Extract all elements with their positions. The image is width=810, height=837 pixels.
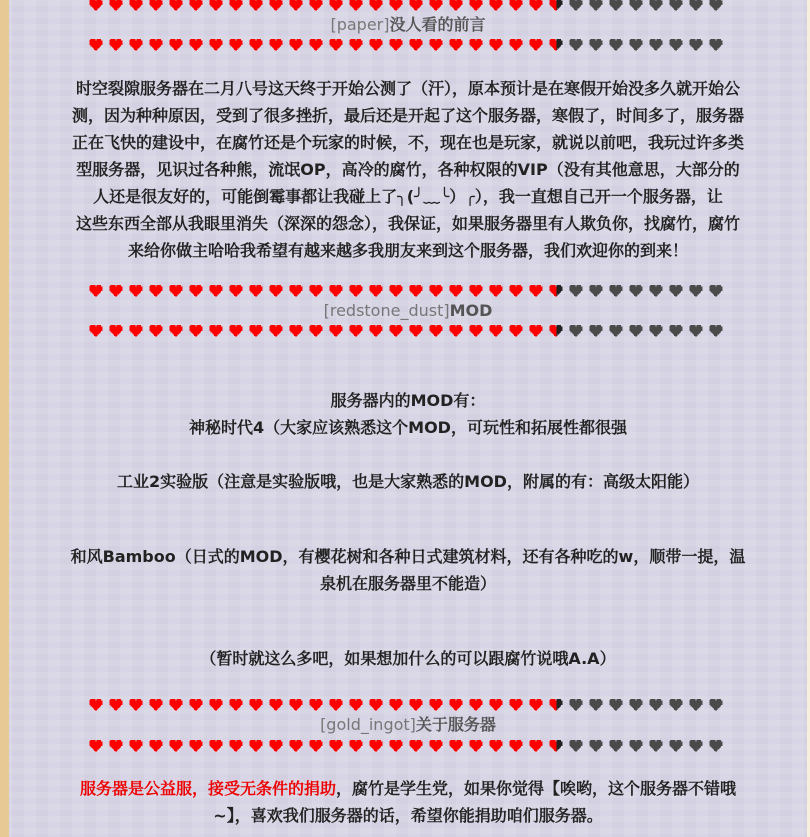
full-heart-icon (129, 0, 144, 11)
full-heart-icon (169, 38, 184, 51)
text-line: 测，因为种种原因，受到了很多挫折，最后还是开起了这个服务器，寒假了，时间多了，服… (27, 102, 789, 129)
full-heart-icon (89, 284, 104, 297)
full-heart-icon (369, 0, 384, 11)
empty-heart-icon (649, 739, 664, 752)
full-heart-icon (129, 38, 144, 51)
full-heart-icon (449, 38, 464, 51)
full-heart-icon (529, 739, 544, 752)
full-heart-icon (89, 739, 104, 752)
full-heart-icon (469, 38, 484, 51)
full-heart-icon (149, 739, 164, 752)
full-heart-icon (109, 698, 124, 711)
text-line: 来给你做主哈哈我希望有越来越多我朋友来到这个服务器，我们欢迎你的到来！ (27, 237, 789, 264)
text-line: 泉机在服务器里不能造） (27, 570, 789, 597)
empty-heart-icon (709, 0, 724, 11)
full-heart-icon (329, 739, 344, 752)
full-heart-icon (349, 324, 364, 337)
empty-heart-icon (689, 38, 704, 51)
full-heart-icon (329, 698, 344, 711)
empty-heart-icon (669, 38, 684, 51)
full-heart-icon (249, 698, 264, 711)
full-heart-icon (529, 38, 544, 51)
text-line: 时空裂隙服务器在二月八号这天终于开始公测了（汗），原本预计是在寒假开始没多久就开… (27, 75, 789, 102)
empty-heart-icon (629, 0, 644, 11)
empty-heart-icon (669, 284, 684, 297)
half-heart-icon (549, 284, 564, 297)
full-heart-icon (169, 0, 184, 11)
full-heart-icon (429, 739, 444, 752)
heart-bar (89, 0, 724, 14)
full-heart-icon (389, 0, 404, 11)
full-heart-icon (529, 0, 544, 11)
full-heart-icon (509, 698, 524, 711)
mod-note: （暂时就这么多吧，如果想加什么的可以跟腐竹说哦A.A） (27, 645, 789, 672)
full-heart-icon (429, 698, 444, 711)
full-heart-icon (249, 324, 264, 337)
full-heart-icon (329, 284, 344, 297)
full-heart-icon (409, 324, 424, 337)
full-heart-icon (409, 0, 424, 11)
full-heart-icon (109, 324, 124, 337)
full-heart-icon (169, 739, 184, 752)
heart-bar (89, 284, 724, 300)
full-heart-icon (229, 38, 244, 51)
gold-ingot-item-tag: [gold_ingot] (320, 715, 416, 734)
paper-item-tag: [paper] (330, 15, 389, 34)
empty-heart-icon (609, 698, 624, 711)
empty-heart-icon (689, 0, 704, 11)
full-heart-icon (369, 284, 384, 297)
full-heart-icon (509, 0, 524, 11)
full-heart-icon (189, 284, 204, 297)
full-heart-icon (149, 698, 164, 711)
full-heart-icon (189, 324, 204, 337)
full-heart-icon (209, 284, 224, 297)
empty-heart-icon (709, 38, 724, 51)
full-heart-icon (149, 324, 164, 337)
mod-item-thaumcraft: 神秘时代4（大家应该熟悉这个MOD，可玩性和拓展性都很强 (27, 414, 789, 441)
text-line: 这些东西全部从我眼里消失（深深的怨念），我保证，如果服务器里有人欺负你，找腐竹，… (27, 210, 789, 237)
full-heart-icon (529, 324, 544, 337)
full-heart-icon (229, 739, 244, 752)
highlight-donation: 接受无条件的捐助 (208, 779, 336, 798)
empty-heart-icon (709, 324, 724, 337)
full-heart-icon (209, 739, 224, 752)
full-heart-icon (229, 284, 244, 297)
full-heart-icon (269, 284, 284, 297)
full-heart-icon (349, 698, 364, 711)
full-heart-icon (189, 739, 204, 752)
half-heart-icon (549, 739, 564, 752)
half-heart-icon (549, 0, 564, 11)
full-heart-icon (509, 739, 524, 752)
full-heart-icon (89, 324, 104, 337)
full-heart-icon (469, 284, 484, 297)
full-heart-icon (489, 739, 504, 752)
full-heart-icon (449, 324, 464, 337)
full-heart-icon (269, 324, 284, 337)
empty-heart-icon (709, 698, 724, 711)
full-heart-icon (529, 284, 544, 297)
full-heart-icon (389, 284, 404, 297)
highlight-public-server: 服务器是公益服， (80, 779, 208, 798)
text-line: ~】，喜欢我们服务器的话，希望你能捐助咱们服务器。 (27, 802, 789, 829)
full-heart-icon (289, 0, 304, 11)
heart-bar (89, 38, 724, 54)
full-heart-icon (369, 739, 384, 752)
empty-heart-icon (589, 0, 604, 11)
full-heart-icon (489, 38, 504, 51)
empty-heart-icon (609, 0, 624, 11)
full-heart-icon (189, 0, 204, 11)
empty-heart-icon (689, 698, 704, 711)
text-span: ，腐竹是学生党，如果你觉得【唉哟，这个服务器不错哦 (336, 779, 736, 798)
full-heart-icon (129, 284, 144, 297)
full-heart-icon (149, 38, 164, 51)
full-heart-icon (429, 38, 444, 51)
preface-paragraph: 时空裂隙服务器在二月八号这天终于开始公测了（汗），原本预计是在寒假开始没多久就开… (27, 75, 789, 264)
half-heart-icon (549, 38, 564, 51)
full-heart-icon (289, 739, 304, 752)
heart-bar (89, 739, 724, 755)
full-heart-icon (389, 38, 404, 51)
full-heart-icon (189, 698, 204, 711)
full-heart-icon (89, 38, 104, 51)
full-heart-icon (329, 38, 344, 51)
full-heart-icon (469, 324, 484, 337)
full-heart-icon (429, 284, 444, 297)
full-heart-icon (489, 324, 504, 337)
full-heart-icon (389, 698, 404, 711)
empty-heart-icon (609, 284, 624, 297)
full-heart-icon (309, 0, 324, 11)
full-heart-icon (249, 0, 264, 11)
full-heart-icon (409, 38, 424, 51)
full-heart-icon (129, 739, 144, 752)
empty-heart-icon (709, 739, 724, 752)
full-heart-icon (129, 324, 144, 337)
full-heart-icon (309, 739, 324, 752)
empty-heart-icon (649, 0, 664, 11)
empty-heart-icon (649, 38, 664, 51)
mod-item-ic2: 工业2实验版（注意是实验版哦，也是大家熟悉的MOD，附属的有：高级太阳能） (27, 468, 789, 495)
full-heart-icon (309, 698, 324, 711)
about-paragraph: 服务器是公益服，接受无条件的捐助，腐竹是学生党，如果你觉得【唉哟，这个服务器不错… (27, 775, 789, 829)
empty-heart-icon (569, 739, 584, 752)
empty-heart-icon (629, 698, 644, 711)
empty-heart-icon (589, 324, 604, 337)
full-heart-icon (289, 284, 304, 297)
empty-heart-icon (689, 284, 704, 297)
empty-heart-icon (649, 284, 664, 297)
empty-heart-icon (669, 698, 684, 711)
section-name: 没人看的前言 (390, 15, 486, 34)
empty-heart-icon (669, 739, 684, 752)
left-border-strip (0, 0, 9, 837)
full-heart-icon (449, 698, 464, 711)
full-heart-icon (389, 739, 404, 752)
empty-heart-icon (589, 698, 604, 711)
full-heart-icon (329, 0, 344, 11)
full-heart-icon (309, 38, 324, 51)
empty-heart-icon (669, 324, 684, 337)
post-content: [paper]没人看的前言 时空裂隙服务器在二月八号这天终于开始公测了（汗），原… (9, 0, 807, 837)
full-heart-icon (229, 698, 244, 711)
section-name: 关于服务器 (416, 715, 496, 734)
full-heart-icon (209, 698, 224, 711)
full-heart-icon (369, 324, 384, 337)
empty-heart-icon (609, 739, 624, 752)
full-heart-icon (269, 38, 284, 51)
full-heart-icon (469, 0, 484, 11)
empty-heart-icon (689, 739, 704, 752)
half-heart-icon (549, 324, 564, 337)
redstone-item-tag: [redstone_dust] (324, 301, 450, 320)
empty-heart-icon (709, 284, 724, 297)
full-heart-icon (109, 739, 124, 752)
section-title-about: [gold_ingot]关于服务器 (9, 715, 807, 735)
full-heart-icon (369, 698, 384, 711)
full-heart-icon (509, 284, 524, 297)
section-title-mod: [redstone_dust]MOD (9, 301, 807, 321)
full-heart-icon (489, 698, 504, 711)
full-heart-icon (249, 38, 264, 51)
full-heart-icon (249, 739, 264, 752)
full-heart-icon (229, 0, 244, 11)
empty-heart-icon (589, 739, 604, 752)
empty-heart-icon (629, 739, 644, 752)
full-heart-icon (349, 38, 364, 51)
full-heart-icon (149, 284, 164, 297)
mod-item-bamboo: 和风Bamboo（日式的MOD，有樱花树和各种日式建筑材料，还有各种吃的w，顺带… (27, 543, 789, 597)
full-heart-icon (329, 324, 344, 337)
full-heart-icon (349, 0, 364, 11)
text-line: 服务器是公益服，接受无条件的捐助，腐竹是学生党，如果你觉得【唉哟，这个服务器不错… (27, 775, 789, 802)
empty-heart-icon (569, 0, 584, 11)
full-heart-icon (349, 284, 364, 297)
full-heart-icon (489, 0, 504, 11)
full-heart-icon (389, 324, 404, 337)
full-heart-icon (529, 698, 544, 711)
empty-heart-icon (649, 698, 664, 711)
full-heart-icon (169, 698, 184, 711)
full-heart-icon (289, 38, 304, 51)
full-heart-icon (109, 38, 124, 51)
empty-heart-icon (589, 38, 604, 51)
full-heart-icon (229, 324, 244, 337)
full-heart-icon (409, 739, 424, 752)
full-heart-icon (349, 739, 364, 752)
full-heart-icon (269, 739, 284, 752)
full-heart-icon (209, 324, 224, 337)
text-line: 和风Bamboo（日式的MOD，有樱花树和各种日式建筑材料，还有各种吃的w，顺带… (27, 543, 789, 570)
full-heart-icon (89, 0, 104, 11)
full-heart-icon (89, 698, 104, 711)
empty-heart-icon (569, 698, 584, 711)
full-heart-icon (209, 0, 224, 11)
full-heart-icon (109, 0, 124, 11)
full-heart-icon (289, 324, 304, 337)
heart-bar (89, 324, 724, 340)
half-heart-icon (549, 698, 564, 711)
full-heart-icon (309, 324, 324, 337)
full-heart-icon (189, 38, 204, 51)
text-line: 人还是很友好的，可能倒霉事都让我碰上了╮(╯﹏╰）╭），我一直想自己开一个服务器… (27, 183, 789, 210)
heart-bar (89, 698, 724, 714)
full-heart-icon (149, 0, 164, 11)
mod-intro: 服务器内的MOD有： (27, 387, 789, 414)
empty-heart-icon (649, 324, 664, 337)
full-heart-icon (209, 38, 224, 51)
section-title-preface: [paper]没人看的前言 (9, 15, 807, 35)
empty-heart-icon (569, 324, 584, 337)
full-heart-icon (249, 284, 264, 297)
full-heart-icon (469, 739, 484, 752)
empty-heart-icon (609, 38, 624, 51)
full-heart-icon (269, 0, 284, 11)
full-heart-icon (109, 284, 124, 297)
text-line: 型服务器，见识过各种熊，流氓OP，高冷的腐竹，各种权限的VIP（没有其他意思，大… (27, 156, 789, 183)
full-heart-icon (409, 284, 424, 297)
full-heart-icon (509, 38, 524, 51)
full-heart-icon (469, 698, 484, 711)
full-heart-icon (309, 284, 324, 297)
full-heart-icon (509, 324, 524, 337)
full-heart-icon (449, 739, 464, 752)
full-heart-icon (369, 38, 384, 51)
full-heart-icon (449, 284, 464, 297)
full-heart-icon (429, 0, 444, 11)
empty-heart-icon (629, 284, 644, 297)
empty-heart-icon (669, 0, 684, 11)
full-heart-icon (409, 698, 424, 711)
empty-heart-icon (629, 324, 644, 337)
full-heart-icon (169, 324, 184, 337)
full-heart-icon (169, 284, 184, 297)
empty-heart-icon (569, 38, 584, 51)
empty-heart-icon (629, 38, 644, 51)
text-line: 正在飞快的建设中，在腐竹还是个玩家的时候，不，现在也是玩家，就说以前吧，我玩过许… (27, 129, 789, 156)
full-heart-icon (449, 0, 464, 11)
empty-heart-icon (569, 284, 584, 297)
full-heart-icon (429, 324, 444, 337)
full-heart-icon (289, 698, 304, 711)
full-heart-icon (129, 698, 144, 711)
full-heart-icon (269, 698, 284, 711)
empty-heart-icon (589, 284, 604, 297)
empty-heart-icon (689, 324, 704, 337)
section-name: MOD (450, 301, 493, 320)
full-heart-icon (489, 284, 504, 297)
empty-heart-icon (609, 324, 624, 337)
